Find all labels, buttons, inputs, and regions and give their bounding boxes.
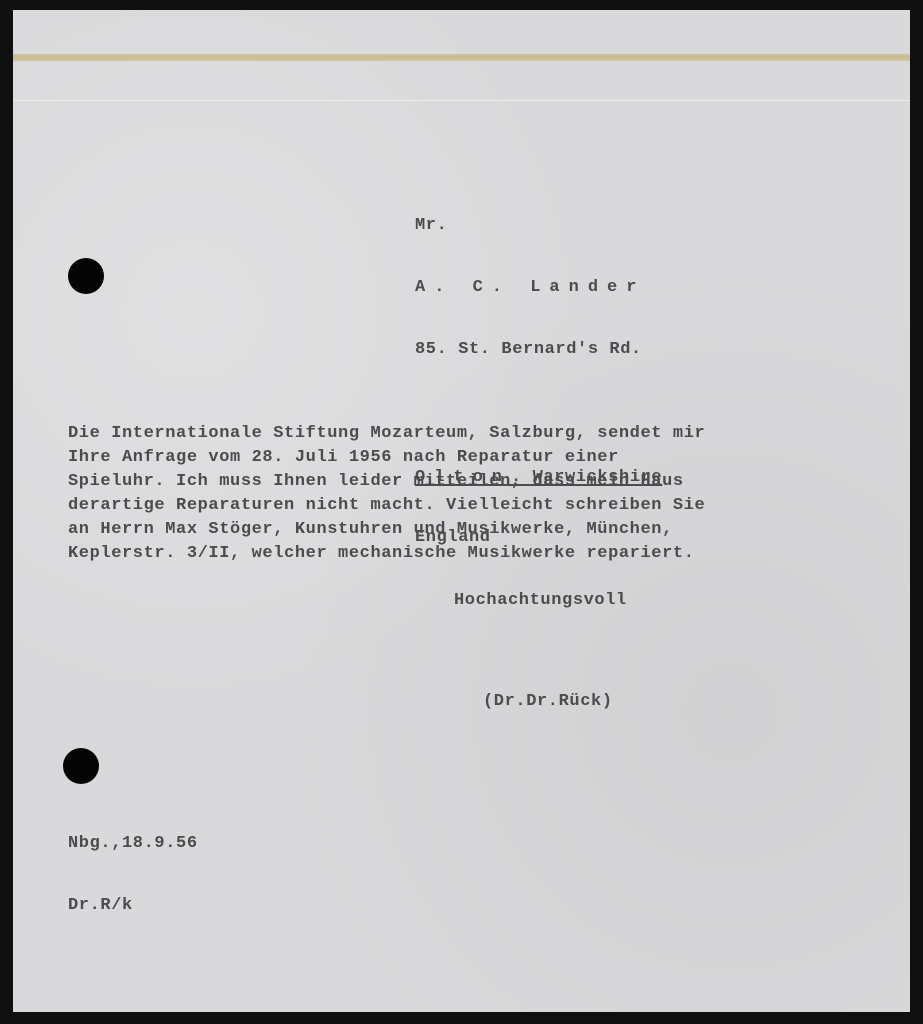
- body-line: Die Internationale Stiftung Mozarteum, S…: [68, 422, 705, 446]
- body-line: Spieluhr. Ich muss Ihnen leider mitteile…: [68, 470, 705, 494]
- letter-page: Mr. A. C. Lander 85. St. Bernard's Rd. O…: [13, 10, 910, 1012]
- closing: Hochachtungsvoll: [454, 591, 627, 610]
- punch-hole-bottom: [63, 748, 99, 784]
- recipient-salutation: Mr.: [415, 214, 662, 238]
- recipient-street: 85. St. Bernard's Rd.: [415, 338, 662, 362]
- adhesive-tape-strip: [13, 54, 910, 61]
- letter-body: Die Internationale Stiftung Mozarteum, S…: [68, 422, 705, 566]
- place-date: Nbg.,18.9.56: [68, 832, 198, 856]
- punch-hole-top: [68, 258, 104, 294]
- footer: Nbg.,18.9.56 Dr.R/k: [68, 794, 198, 956]
- signature: (Dr.Dr.Rück): [483, 692, 613, 711]
- body-line: Ihre Anfrage vom 28. Juli 1956 nach Repa…: [68, 446, 705, 470]
- body-line: an Herrn Max Stöger, Kunstuhren und Musi…: [68, 518, 705, 542]
- body-line: derartige Reparaturen nicht macht. Viell…: [68, 494, 705, 518]
- body-line: Keplerstr. 3/II, welcher mechanische Mus…: [68, 542, 705, 566]
- paper-fold-line: [13, 100, 910, 101]
- recipient-name: A. C. Lander: [415, 276, 662, 300]
- reference-initials: Dr.R/k: [68, 894, 198, 918]
